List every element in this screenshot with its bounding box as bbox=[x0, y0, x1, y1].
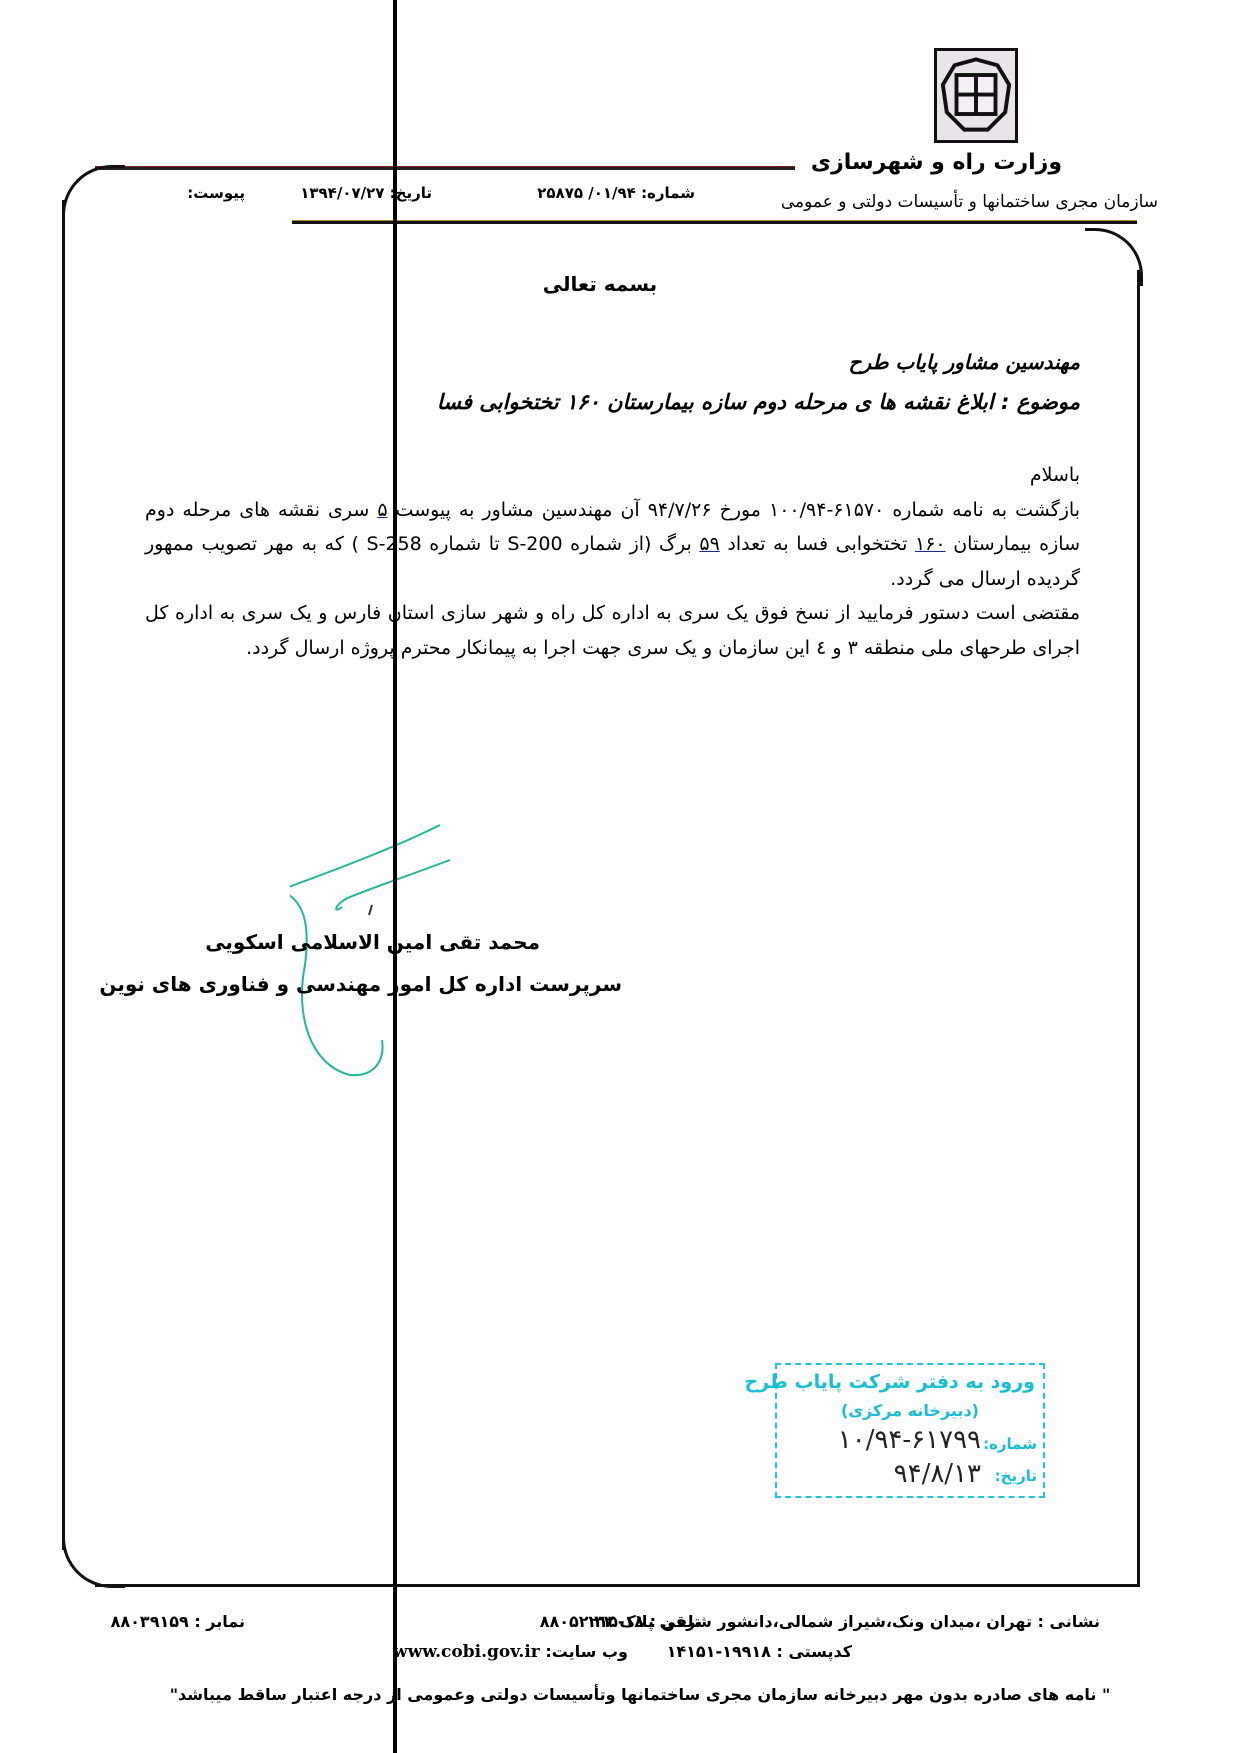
frame-top-line bbox=[95, 166, 795, 170]
bismillah-heading: بسمه تعالی bbox=[0, 272, 1240, 296]
number-label: شماره: bbox=[641, 184, 695, 202]
paragraph-1: بازگشت به نامه شماره ۶۱۵۷۰-۱۰۰/۹۴ مورخ ۹… bbox=[145, 493, 1080, 597]
received-stamp: ورود به دفتر شرکت پایاب طرح (دبیرخانه مر… bbox=[775, 1363, 1045, 1498]
signatory-title: سرپرست اداره کل امور مهندسی و فناوری های… bbox=[99, 972, 622, 996]
frame-right-border bbox=[1137, 270, 1140, 1584]
stamp-title: ورود به دفتر شرکت پایاب طرح bbox=[744, 1371, 1035, 1393]
signatory-name: محمد تقی امین الاسلامی اسکویی bbox=[205, 930, 540, 954]
paragraph-1-text: برگ (از شماره S-200 تا شماره S-258 ) bbox=[352, 533, 700, 555]
footer-phone: تلفن : ۱۸-۸۸۰۵۲۲۱۵ bbox=[540, 1612, 700, 1631]
organization-name: سازمان مجری ساختمانها و تأسیسات دولتی و … bbox=[781, 192, 1158, 212]
footer-postal-code: کدپستی : ۱۹۹۱۸-۱۴۱۵۱ bbox=[667, 1642, 852, 1661]
date-value: ۱۳۹۴/۰۷/۲۷ bbox=[300, 184, 384, 202]
stamp-date-value: ۹۴/۸/۱۳ bbox=[894, 1459, 981, 1489]
website-link[interactable]: www.cobi.gov.ir bbox=[393, 1642, 540, 1662]
frame-header-divider bbox=[292, 220, 1137, 224]
addressee: مهندسین مشاور پایاب طرح bbox=[849, 350, 1080, 374]
scan-artifact-line bbox=[393, 0, 397, 1753]
footer-validity-note: " نامه های صادره بدون مهر دبیرخانه سازما… bbox=[0, 1685, 1240, 1704]
footer-website: وب سایت: www.cobi.gov.ir bbox=[393, 1642, 628, 1662]
greeting: باسلام bbox=[145, 458, 1080, 493]
frame-corner-bottom-left bbox=[62, 1525, 125, 1588]
footer-fax: نمابر : ۸۸۰۳۹۱۵۹ bbox=[111, 1612, 245, 1631]
subject-line: موضوع : ابلاغ نقشه ها ی مرحله دوم سازه ب… bbox=[437, 390, 1080, 414]
website-label: وب سایت: bbox=[545, 1642, 628, 1661]
ministry-name: وزارت راه و شهرسازی bbox=[811, 150, 1062, 175]
stamp-subtitle: (دبیرخانه مرکزی) bbox=[777, 1401, 1043, 1420]
paragraph-2: مقتضی است دستور فرمایید از نسخ فوق یک سر… bbox=[145, 596, 1080, 665]
bed-count: ۱۶۰ bbox=[915, 533, 946, 555]
number-value: ۰۱/۹۴/ ۲۵۸۷۵ bbox=[537, 184, 636, 202]
stamp-number-label: شماره: bbox=[983, 1435, 1037, 1453]
stamp-number-value: ۱۰/۹۴-۶۱۷۹۹ bbox=[838, 1425, 981, 1455]
sheet-count: ۵۹ bbox=[699, 533, 719, 555]
paragraph-1-text: بازگشت به نامه شماره ۶۱۵۷۰-۱۰۰/۹۴ مورخ ۹… bbox=[388, 499, 1080, 521]
frame-corner-top-left bbox=[62, 165, 125, 228]
paragraph-1-text: تختخوابی فسا به تعداد bbox=[720, 533, 915, 555]
frame-left-border bbox=[62, 200, 65, 1550]
attachment-label: پیوست: bbox=[187, 184, 245, 202]
letter-body: باسلام بازگشت به نامه شماره ۶۱۵۷۰-۱۰۰/۹۴… bbox=[145, 458, 1080, 665]
ministry-emblem-icon bbox=[934, 48, 1018, 143]
letter-number: شماره: ۰۱/۹۴/ ۲۵۸۷۵ bbox=[537, 184, 695, 202]
series-count: ۵ bbox=[377, 499, 387, 521]
stamp-date-label: تاریخ: bbox=[995, 1467, 1037, 1485]
letter-date: تاریخ: ۱۳۹۴/۰۷/۲۷ bbox=[300, 184, 432, 202]
frame-bottom-border bbox=[95, 1584, 1140, 1587]
